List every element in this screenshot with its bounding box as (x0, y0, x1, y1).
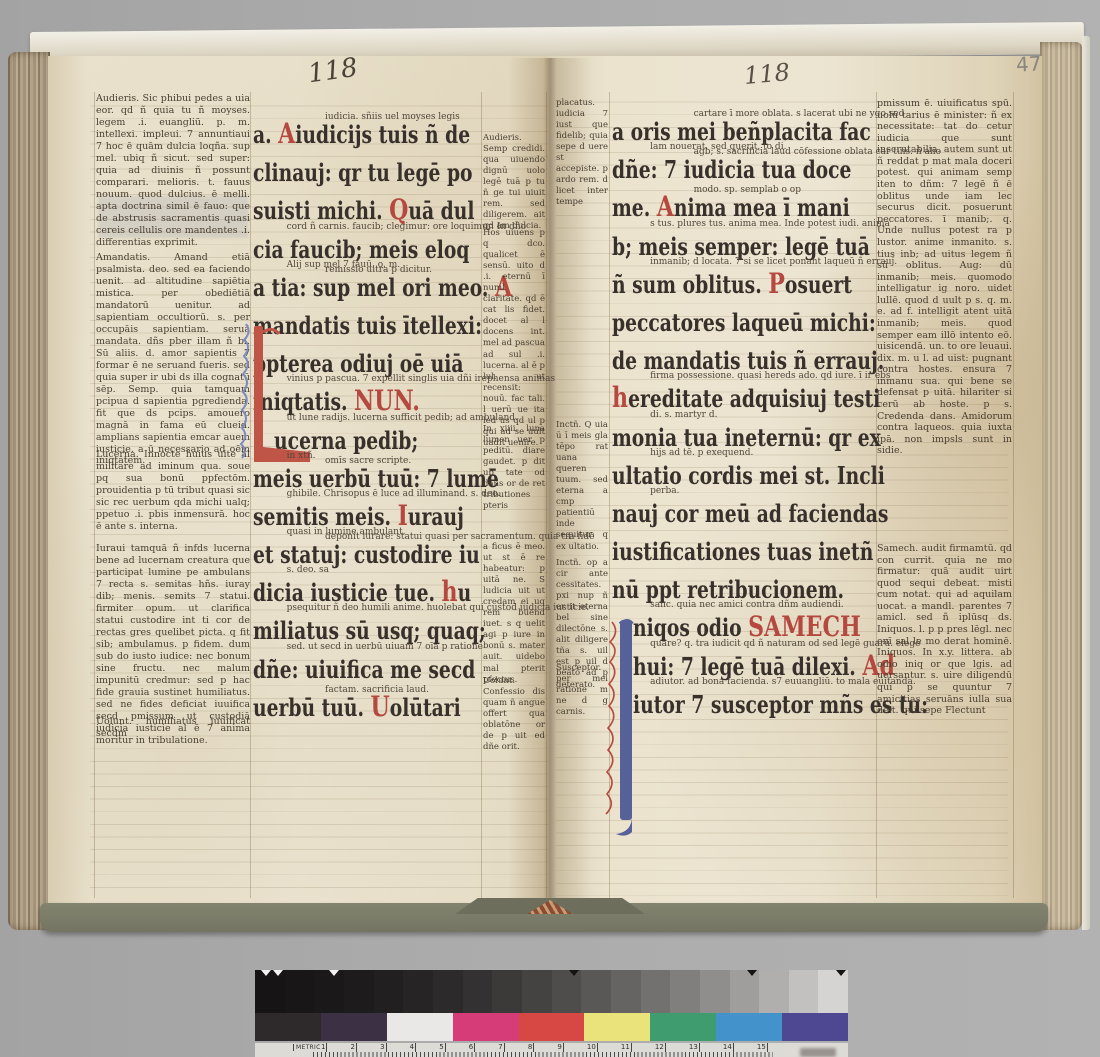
psalm-text: iudicijs tuis ñ de (295, 120, 470, 149)
grayscale-step (403, 970, 433, 1013)
grayscale-step (581, 970, 611, 1013)
folio-number: 47 (1015, 51, 1042, 76)
psalm-line: modo. sp. semplab o op me. Anima mea ī m… (612, 187, 884, 225)
gloss-paragraph: placatus. iudicia 7 iust que fidelib; qu… (556, 98, 608, 208)
psalm-line: monia tua ineternū: qr ex hijs ad tē. p … (612, 417, 884, 455)
psalm-text: dñe: uiuifica me secd (253, 655, 475, 684)
grayscale-step (374, 970, 404, 1013)
ruler-number: 1 (321, 1043, 327, 1052)
interlinear-gloss: deponit iurare: statui quasi per sacrame… (325, 533, 595, 542)
psalm-line: agb; s. sacrificia laud cōfessione oblat… (612, 149, 884, 187)
left-margin-gloss-column: Audieris. Sic phibui pedes a uia eor. qd… (96, 0, 250, 900)
psalm-line: de mandatis tuis ñ errauj. firma possess… (612, 340, 884, 378)
interlinear-gloss: firma possessione. quasi hereds ado. qd … (650, 372, 890, 381)
interlinear-gloss: inmanib; d locata. 7 si se licet ponant … (650, 258, 897, 267)
manuscript-photo: { "photo": { "page_number_left": "118", … (0, 0, 1100, 1057)
interlinear-gloss: sanc. quia nec amici contra dñm audiendi… (650, 601, 844, 610)
gloss-paragraph: Amandatis. Amand etiā psalmista. deo. se… (96, 252, 250, 467)
interlinear-gloss: sed. ut secd in uerbū uiuam 7 oīa p rati… (287, 643, 483, 652)
interlinear-gloss: ut lune radijs. lucerna sufficit pedib; … (287, 414, 518, 423)
interlinear-gloss: cartare ī more oblata. s lacerat ubi ne … (694, 110, 905, 119)
psalm-line: nauj cor meū ad faciendas (612, 493, 884, 531)
blue-pen-flourish (241, 324, 249, 458)
ruler-stamp-mark (800, 1048, 836, 1057)
interlinear-gloss: di. s. martyr d. (650, 411, 717, 420)
right-margin-gloss-column: pmissum ē. uiuificatus spū. uolū tarius … (877, 0, 1012, 900)
grayscale-step (522, 970, 552, 1013)
column-rule (546, 92, 547, 898)
calibration-marker (747, 970, 757, 976)
ruler-number: 12 (655, 1043, 666, 1052)
calibration-marker (261, 970, 271, 976)
interlinear-gloss: hijs ad tē. p exequend. (650, 449, 753, 458)
ruler-number: 5 (439, 1043, 445, 1052)
ruler-numbers: 123456789101112131415 (321, 1043, 768, 1052)
psalm-line: dicia iusticie tue. hu psequitur ñ deo h… (253, 572, 493, 610)
psalm-text: dñe: 7 iudicia tua doce (612, 155, 851, 184)
psalm-line: hereditate adquisiuj testi di. s. martyr… (612, 378, 884, 416)
interlinear-gloss: cord ñ carnis. faucib; clegimur: ore loq… (287, 223, 526, 232)
psalm-line: factam. sacrificia laud. uerbū tuū. Uolū… (253, 687, 493, 725)
gloss-paragraph: Audieris. Semp credidi. qua uiuendo dign… (483, 133, 545, 232)
interlinear-gloss: iudicia. sñiis uel moyses legis (325, 113, 460, 122)
color-patch (519, 1013, 585, 1041)
column-rule (1013, 92, 1014, 898)
psalm-text: uerbū tuū. (253, 693, 371, 722)
interlinear-gloss: in xtñ. (287, 452, 316, 461)
grayscale-step (611, 970, 641, 1013)
ruler-number: 7 (498, 1043, 504, 1052)
interlinear-gloss: quare? q. tra iudicit qd ñ naturam od se… (650, 640, 920, 649)
calibration-marker (273, 970, 283, 976)
psalm-text: nauj cor meū ad faciendas (612, 499, 888, 528)
gloss-paragraph: Samech. audit firmamtū. qd con currit. q… (877, 543, 1012, 717)
interlinear-gloss: psequitur ñ deo humili anime. huolebat q… (287, 604, 590, 613)
color-patch (584, 1013, 650, 1041)
psalm-line: ñ sum oblitus. Posuert (612, 264, 884, 302)
calibration-marker (836, 970, 846, 976)
psalm-line: deponit iurare: statui quasi per sacrame… (253, 534, 493, 572)
column-rule (94, 92, 95, 898)
interlinear-gloss: remissio uitra p dicitur. (325, 266, 432, 275)
gloss-paragraph: Audieris. Sic phibui pedes a uia eor. qd… (96, 93, 250, 249)
left-inner-gloss-column: Audieris. Semp credidi. qua uiuendo dign… (483, 0, 545, 900)
ruler-number: 15 (757, 1043, 768, 1052)
ruler-number: 4 (410, 1043, 416, 1052)
calibration-marker (569, 970, 579, 976)
interlinear-gloss: vinius p pascua. 7 expellit singlis uia … (287, 375, 555, 384)
rubric-text: h (612, 380, 628, 414)
color-patch (321, 1013, 387, 1041)
psalm-line: iutor 7 susceptor mñs es tu: (612, 684, 884, 722)
psalm-line: remissio uitra p dicitur. a tia: sup mel… (253, 267, 493, 305)
psalm-line: cartare ī more oblata. s lacerat ubi ne … (612, 111, 884, 149)
grayscale-step (730, 970, 760, 1013)
grayscale-step (314, 970, 344, 1013)
ruler-number: 6 (469, 1043, 475, 1052)
psalm-text: osuert (785, 270, 852, 299)
interlinear-gloss: agb; s. sacrificia laud cōfessione oblat… (694, 148, 941, 157)
ruler-number: 3 (380, 1043, 386, 1052)
ruler-number: 8 (528, 1043, 534, 1052)
gloss-paragraph: Uolunt. Confessio dis quam ñ angue offer… (483, 676, 545, 753)
grayscale-step (344, 970, 374, 1013)
color-patch (650, 1013, 716, 1041)
ruler-number: 10 (587, 1043, 598, 1052)
psalm-line: niqos odio SAMECH quare? q. tra iudicit … (612, 607, 884, 645)
color-patch (255, 1013, 321, 1041)
interlinear-gloss: s. deo. sa (287, 566, 329, 575)
grayscale-step (552, 970, 582, 1013)
grayscale-step (789, 970, 819, 1013)
psalm-line: nū ppt retribucionem. sanc. quia nec ami… (612, 569, 884, 607)
color-patch-row (255, 1013, 848, 1041)
psalm-line: suisti michi. Quā dul cord ñ carnis. fau… (253, 190, 493, 228)
psalm-line: ultatio cordis mei st. Incli perba. (612, 455, 884, 493)
rubric-text: P (768, 266, 785, 300)
grayscale-scale (255, 970, 848, 1013)
psalm-line: peccatores laqueū michi: (612, 302, 884, 340)
interlinear-gloss: perba. (650, 487, 679, 496)
color-patch (782, 1013, 848, 1041)
psalm-text: clinauj: qr tu legē po (253, 158, 473, 187)
page-number-right: 118 (743, 58, 791, 90)
grayscale-step (463, 970, 493, 1013)
ruler-number: 13 (689, 1043, 700, 1052)
grayscale-step (433, 970, 463, 1013)
column-rule (250, 92, 251, 898)
ruler-number: 2 (351, 1043, 357, 1052)
psalm-line: iustificationes tuas inetñ (612, 531, 884, 569)
gloss-paragraph: In xiiii. luna lumen uer p peditū. diare… (483, 424, 545, 512)
interlinear-gloss: ghibile. Chrisopus ē luce ad illuminand.… (287, 490, 501, 499)
grayscale-step (255, 970, 285, 1013)
color-patch (387, 1013, 453, 1041)
psalm-text: a. (253, 120, 278, 149)
psalm-line: cia faucib; meis eloq Alij sup mel 7 fau… (253, 229, 493, 267)
left-main-text-column: iudicia. sñiis uel moyses legis a. Aiudi… (253, 114, 493, 725)
initial-I-blue (600, 616, 646, 844)
psalm-line: b; meis semper: legē tuā inmanib; d loca… (612, 226, 884, 264)
grayscale-step (759, 970, 789, 1013)
psalm-text: a tia: sup mel ori meo. (253, 273, 495, 302)
color-patch (716, 1013, 782, 1041)
gloss-paragraph: Lucerna. Innocte huius uite al militare … (96, 449, 250, 533)
calibration-marker (329, 970, 339, 976)
psalm-text: peccatores laqueū michi: (612, 308, 876, 337)
interlinear-gloss: modo. sp. semplab o op (694, 186, 801, 195)
grayscale-step (700, 970, 730, 1013)
grayscale-step (492, 970, 522, 1013)
interlinear-gloss: omīs sacre scripte. (325, 457, 411, 466)
ruler-label: METRIC (293, 1044, 321, 1051)
psalm-line: dñe: uiuifica me secd (253, 649, 493, 687)
grayscale-step (670, 970, 700, 1013)
grayscale-step (285, 970, 315, 1013)
interlinear-gloss: s tus. plures tus. anima mea. Inde potes… (650, 220, 890, 229)
interlinear-gloss: factam. sacrificia laud. (325, 686, 429, 695)
psalm-text: iustificationes tuas inetñ (612, 537, 873, 566)
calibration-bar: METRIC 123456789101112131415 (255, 970, 848, 1057)
psalm-text: ñ sum oblitus. (612, 270, 768, 299)
ruler-number: 11 (621, 1043, 632, 1052)
color-patch (453, 1013, 519, 1041)
psalm-line: iudicia. sñiis uel moyses legis a. Aiudi… (253, 114, 493, 152)
book-cover-edge (1082, 36, 1090, 930)
interlinear-gloss: adiutor. ad bona facienda. s7 euuangliū.… (650, 678, 916, 687)
metric-ruler: METRIC 123456789101112131415 (255, 1043, 848, 1057)
gloss-paragraph: a ficus ē meo. ut st ē re habeatur: p ui… (483, 542, 545, 686)
psalm-line: hui: 7 legē tuā dilexi. Ad adiutor. ad b… (612, 646, 884, 684)
initial-L-red (240, 322, 318, 472)
grayscale-step (818, 970, 848, 1013)
book-fore-edge-right (1040, 42, 1082, 930)
psalm-text: olūtari (390, 693, 461, 722)
grayscale-step (641, 970, 671, 1013)
ruler-number: 9 (557, 1043, 563, 1052)
psalm-text: ereditate adquisiuj testi (628, 384, 880, 413)
right-main-text-column: cartare ī more oblata. s lacerat ubi ne … (612, 111, 884, 722)
psalm-line: clinauj: qr tu legē po (253, 152, 493, 190)
psalm-line: miliatus sū usq; quaq; sed. ut secd in u… (253, 610, 493, 648)
rubric-text: A (278, 116, 295, 150)
book-fore-edge-left (8, 52, 50, 930)
gloss-paragraph: Uolunt. humiliatus iuuificat secdm (96, 716, 250, 740)
red-pen-flourish (606, 622, 616, 814)
psalm-line: semitis meis. Iurauj quasi in lumine amb… (253, 496, 493, 534)
psalm-text: urauj (408, 502, 464, 531)
ruler-number: 14 (723, 1043, 734, 1052)
